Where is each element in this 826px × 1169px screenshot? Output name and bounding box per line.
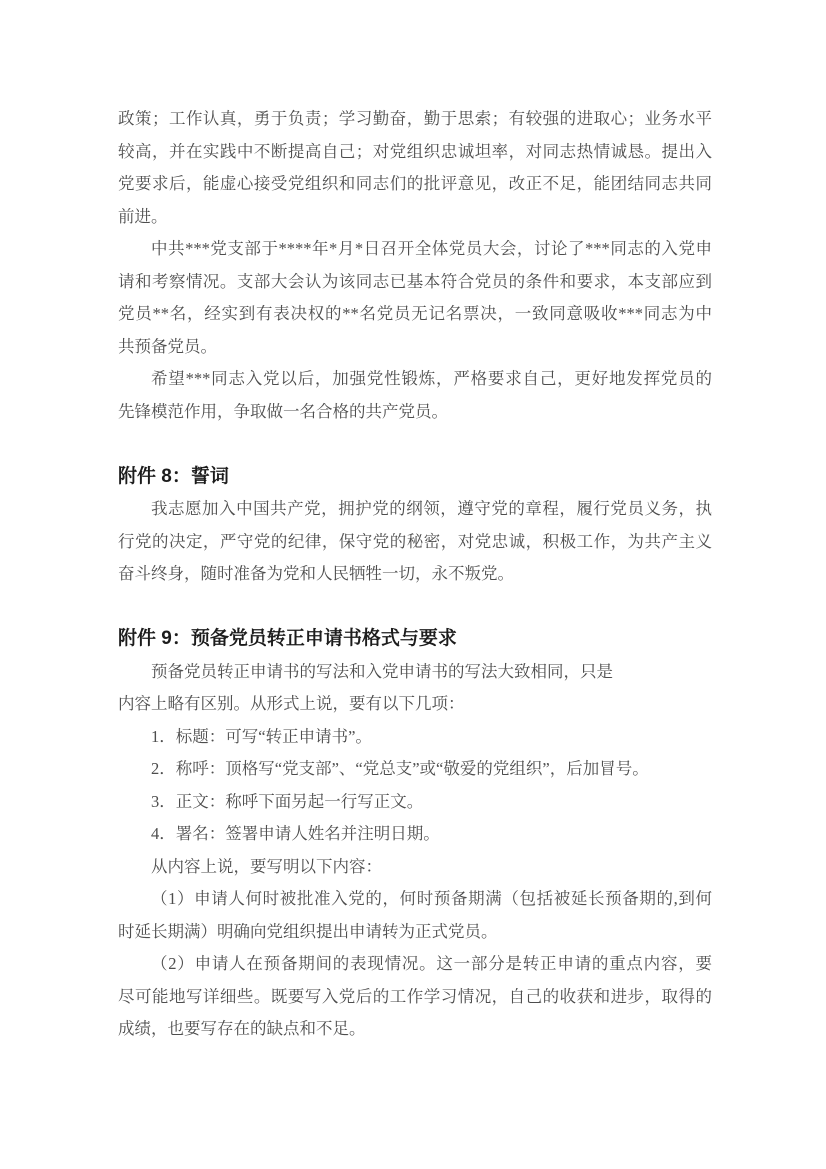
paragraph-line: 我志愿加入中国共产党，拥护党的纲领，遵守党的章程，履行党员义务，执 — [118, 493, 712, 526]
paragraph-line: 较高，并在实践中不断提高自己；对党组织忠诚坦率，对同志热情诚恳。提出入 — [118, 136, 712, 169]
attachment-8-heading: 附件 8：誓词 — [118, 461, 712, 494]
paragraph-line: 奋斗终身，随时准备为党和人民牺牲一切，永不叛党。 — [118, 558, 712, 591]
list-item-line: 3．正文：称呼下面另起一行写正文。 — [118, 786, 712, 819]
paragraph-line: 预备党员转正申请书的写法和入党申请书的写法大致相同，只是 — [118, 656, 712, 689]
paragraph-line: 从内容上说，要写明以下内容： — [118, 851, 712, 884]
attachment-9-heading: 附件 9：预备党员转正申请书格式与要求 — [118, 623, 712, 656]
paragraph-line: 中共***党支部于****年*月*日召开全体党员大会，讨论了***同志的入党申 — [118, 233, 712, 266]
paragraph-line: （1）申请人何时被批准入党的，何时预备期满（包括被延长预备期的,到何 — [118, 883, 712, 916]
paragraph-line: 时延长期满）明确向党组织提出申请转为正式党员。 — [118, 916, 712, 949]
paragraph-line: （2）申请人在预备期间的表现情况。这一部分是转正申请的重点内容，要 — [118, 948, 712, 981]
paragraph-line: 政策；工作认真，勇于负责；学习勤奋，勤于思索；有较强的进取心；业务水平 — [118, 103, 712, 136]
paragraph-line: 成绩，也要写存在的缺点和不足。 — [118, 1013, 712, 1046]
paragraph-line: 共预备党员。 — [118, 331, 712, 364]
paragraph-line: 前进。 — [118, 201, 712, 234]
paragraph-line: 党要求后，能虚心接受党组织和同志们的批评意见，改正不足，能团结同志共同 — [118, 168, 712, 201]
paragraph-line: 希望***同志入党以后，加强党性锻炼，严格要求自己，更好地发挥党员的 — [118, 363, 712, 396]
spacer-line — [118, 591, 712, 624]
list-item-line: 2．称呼：顶格写“党支部”、“党总支”或“敬爱的党组织”，后加冒号。 — [118, 753, 712, 786]
paragraph-line: 先锋模范作用，争取做一名合格的共产党员。 — [118, 396, 712, 429]
paragraph-line: 尽可能地写详细些。既要写入党后的工作学习情况，自己的收获和进步，取得的 — [118, 981, 712, 1014]
list-item-line: 1．标题：可写“转正申请书”。 — [118, 721, 712, 754]
paragraph-line: 行党的决定，严守党的纪律，保守党的秘密，对党忠诚，积极工作，为共产主义 — [118, 526, 712, 559]
spacer-line — [118, 428, 712, 461]
paragraph-line: 党员**名，经实到有表决权的**名党员无记名票决，一致同意吸收***同志为中 — [118, 298, 712, 331]
paragraph-line: 请和考察情况。支部大会认为该同志已基本符合党员的条件和要求，本支部应到 — [118, 266, 712, 299]
paragraph-line: 内容上略有区别。从形式上说，要有以下几项： — [118, 688, 712, 721]
document-body: 政策；工作认真，勇于负责；学习勤奋，勤于思索；有较强的进取心；业务水平 较高，并… — [118, 103, 712, 1046]
document-page: 政策；工作认真，勇于负责；学习勤奋，勤于思索；有较强的进取心；业务水平 较高，并… — [0, 0, 826, 1169]
list-item-line: 4．署名：签署申请人姓名并注明日期。 — [118, 818, 712, 851]
